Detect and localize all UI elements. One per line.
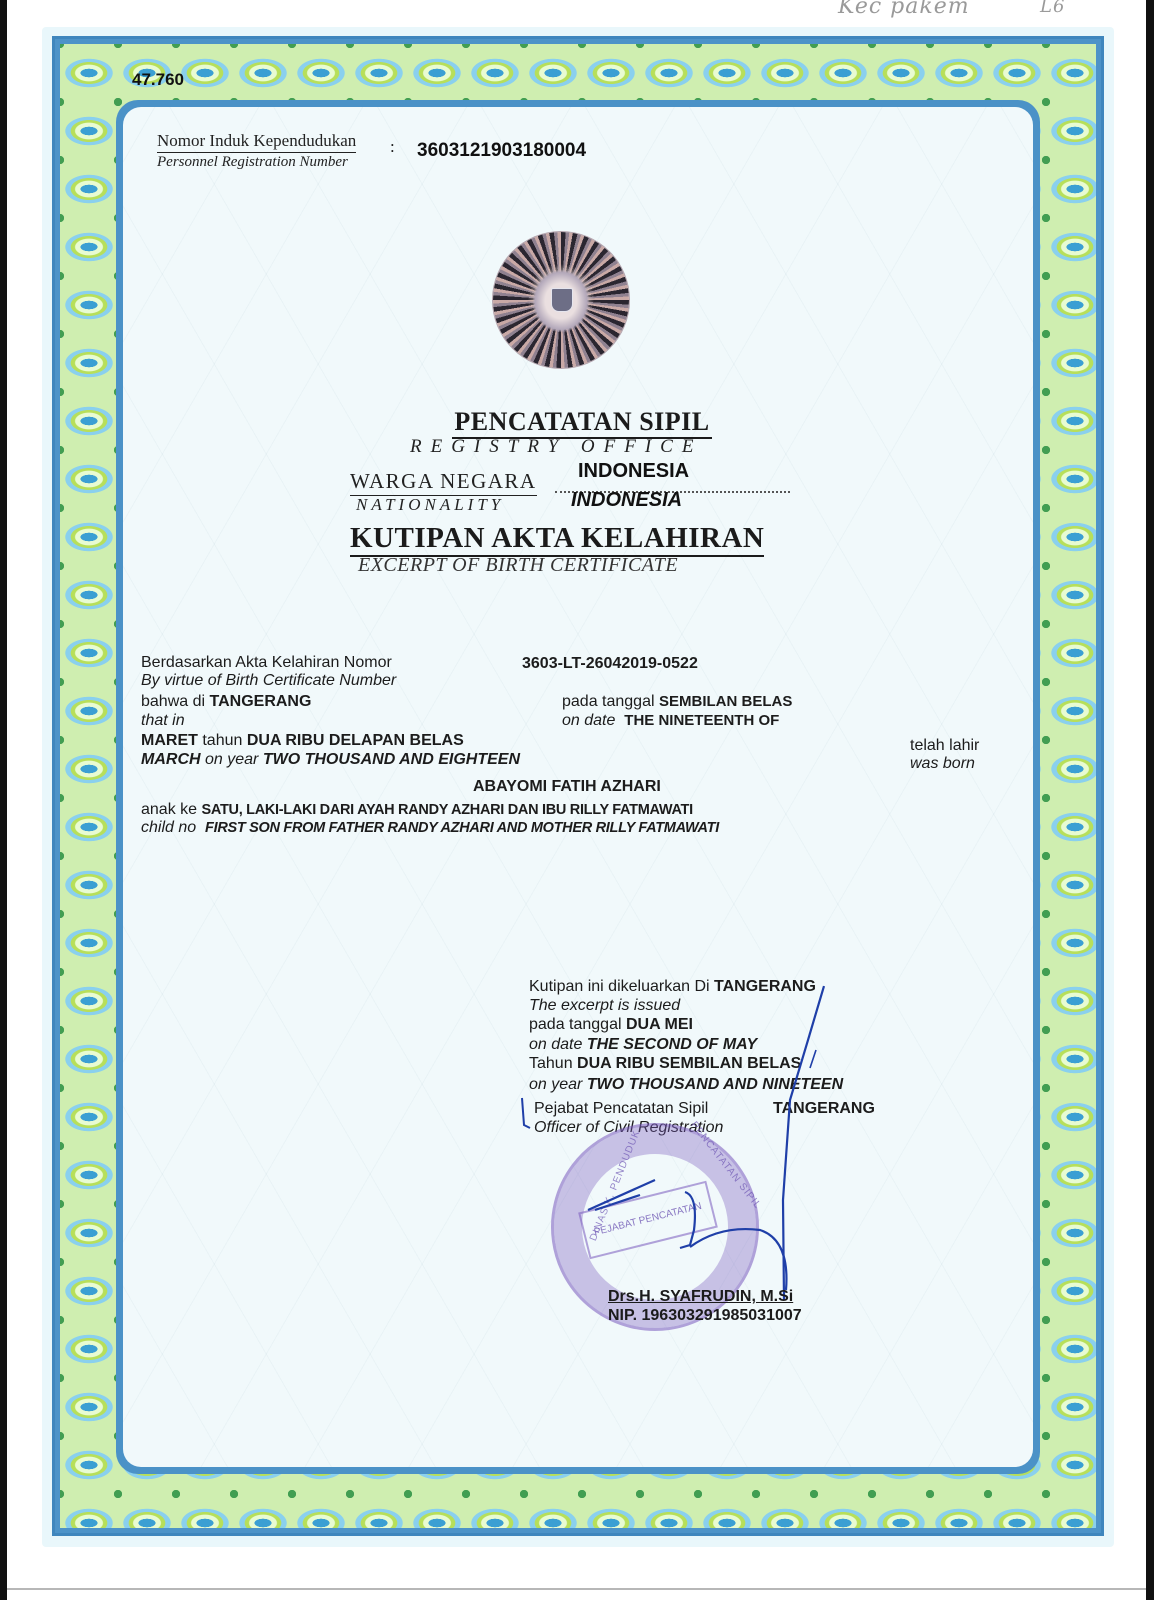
issued-label: Kutipan ini dikeluarkan Di: [529, 978, 710, 995]
issue-date-label: pada tanggal: [529, 1016, 622, 1033]
child-no-value: SATU, LAKI-LAKI DARI AYAH RANDY AZHARI D…: [202, 802, 693, 818]
scan-edge-right: [1146, 0, 1154, 1600]
handwritten-note: Kec pakem: [838, 0, 970, 19]
born-label-en: was born: [910, 755, 975, 773]
nationality-label-en: NATIONALITY: [356, 495, 504, 515]
birth-date-day-en: THE NINETEENTH OF: [624, 712, 779, 729]
issue-year: DUA RIBU SEMBILAN BELAS: [577, 1055, 801, 1072]
cert-number-label-en: By virtue of Birth Certificate Number: [141, 672, 396, 690]
cert-number-value: 3603-LT-26042019-0522: [522, 655, 698, 673]
officer-label: Pejabat Pencatatan Sipil: [534, 1100, 708, 1118]
document-title-en: EXCERPT OF BIRTH CERTIFICATE: [358, 554, 678, 577]
issued-line: Kutipan ini dikeluarkan Di TANGERANG: [529, 978, 816, 996]
nik-label-en: Personnel Registration Number: [157, 154, 348, 171]
handwritten-mark: L6: [1040, 0, 1065, 17]
official-nip: NIP. 196303291985031007: [608, 1307, 802, 1325]
issue-year-en: TWO THOUSAND AND NINETEEN: [587, 1076, 843, 1093]
issue-year-line: Tahun DUA RIBU SEMBILAN BELAS: [529, 1055, 801, 1073]
issue-year-line-en: on year TWO THOUSAND AND NINETEEN: [529, 1076, 843, 1094]
child-no-label-en: child no: [141, 819, 196, 836]
nik-label: Nomor Induk Kependudukan: [157, 131, 356, 153]
place-label: bahwa di: [141, 693, 205, 710]
nationality-value: INDONESIA: [578, 460, 689, 483]
birth-year-line-en: MARCH on year TWO THOUSAND AND EIGHTEEN: [141, 751, 520, 769]
office-title-en: REGISTRY OFFICE: [410, 436, 702, 458]
birth-date-line: pada tanggal SEMBILAN BELAS: [562, 693, 792, 711]
birth-year: DUA RIBU DELAPAN BELAS: [247, 732, 464, 749]
nationality-value-en: INDONESIA: [571, 489, 682, 512]
issued-label-en: The excerpt is issued: [529, 997, 680, 1015]
issue-year-label: Tahun: [529, 1055, 573, 1072]
child-no-line: anak ke SATU, LAKI-LAKI DARI AYAH RANDY …: [141, 801, 693, 819]
issue-date-en: THE SECOND OF MAY: [587, 1036, 757, 1053]
child-no-value-en: FIRST SON FROM FATHER RANDY AZHARI AND M…: [205, 820, 719, 836]
issue-year-label-en: on year: [529, 1076, 582, 1093]
child-no-line-en: child no FIRST SON FROM FATHER RANDY AZH…: [141, 819, 719, 837]
birth-year-line: MARET tahun DUA RIBU DELAPAN BELAS: [141, 732, 464, 750]
nik-value: 3603121903180004: [417, 140, 586, 162]
birth-date-label-en: on date: [562, 712, 615, 729]
officer-place: TANGERANG: [773, 1100, 875, 1118]
issue-date: DUA MEI: [626, 1016, 693, 1033]
birth-date-day: SEMBILAN BELAS: [659, 693, 792, 710]
birth-month: MARET: [141, 732, 198, 749]
nik-separator: :: [390, 137, 395, 157]
issue-date-line: pada tanggal DUA MEI: [529, 1016, 693, 1034]
child-no-label: anak ke: [141, 801, 197, 818]
office-title-text: PENCATATAN SIPIL: [452, 407, 711, 439]
official-name: Drs.H. SYAFRUDIN, M.Si: [608, 1288, 793, 1306]
born-label: telah lahir: [910, 737, 979, 755]
birth-date-line-en: on date THE NINETEENTH OF: [562, 712, 779, 730]
nationality-label: WARGA NEGARA: [350, 469, 537, 496]
cert-number-label: Berdasarkan Akta Kelahiran Nomor: [141, 654, 392, 672]
birth-year-label-en: on year: [205, 751, 258, 768]
place-label-en: that in: [141, 712, 185, 730]
issue-date-line-en: on date THE SECOND OF MAY: [529, 1036, 757, 1054]
scan-bottom-edge: [7, 1588, 1146, 1590]
birth-date-label: pada tanggal: [562, 693, 655, 710]
place-line: bahwa di TANGERANG: [141, 693, 311, 711]
shield-icon: [551, 288, 573, 312]
issue-date-label-en: on date: [529, 1036, 582, 1053]
office-title: PENCATATAN SIPIL: [0, 407, 1154, 439]
place-value: TANGERANG: [210, 693, 312, 710]
serial-number: 47.760: [132, 70, 184, 90]
issued-place: TANGERANG: [714, 978, 816, 995]
birth-month-en: MARCH: [141, 751, 201, 768]
scan-edge-left: [0, 0, 7, 1600]
child-name: ABAYOMI FATIH AZHARI: [473, 778, 661, 796]
birth-year-en: TWO THOUSAND AND EIGHTEEN: [263, 751, 520, 768]
birth-year-label: tahun: [202, 732, 242, 749]
document-title: KUTIPAN AKTA KELAHIRAN: [350, 522, 764, 557]
